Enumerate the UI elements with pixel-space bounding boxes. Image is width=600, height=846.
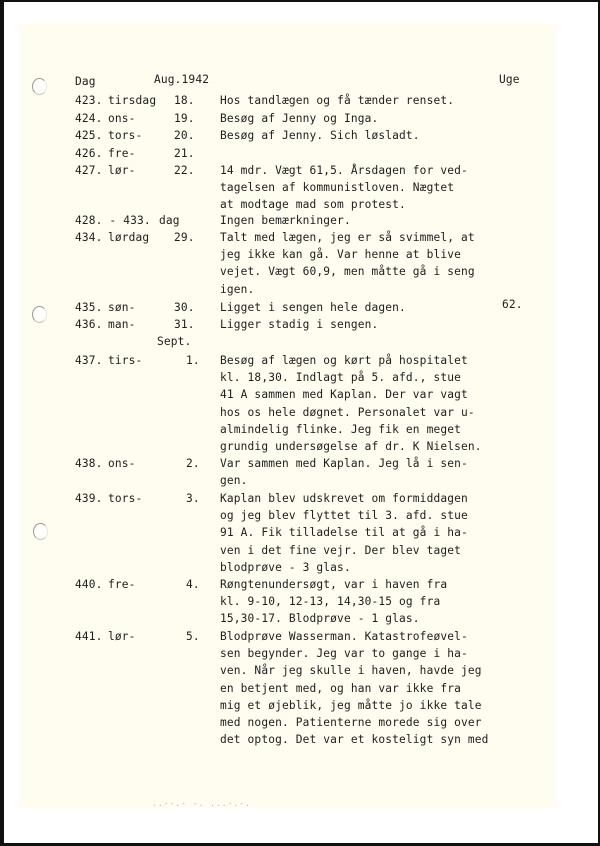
entry-text-line: 41 A sammen med Kaplan. Der var vagt bbox=[220, 389, 468, 400]
entry-text-line: jeg ikke kan gå. Var henne at blive bbox=[220, 249, 461, 260]
entry-text-line: Besøg af lægen og kørt på hospitalet bbox=[220, 355, 468, 366]
entry-text-line: mig et øjeblik, jeg måtte jo ikke tale bbox=[220, 700, 482, 711]
entry-text-line: med nogen. Patienterne morede sig over bbox=[220, 717, 482, 728]
entry-text-line: Besøg af Jenny. Sich løsladt. bbox=[220, 130, 420, 141]
header-week-label: Uge bbox=[499, 74, 520, 85]
entry-weekday: fre- bbox=[108, 148, 136, 159]
entry-text-line: det optog. Det var et kosteligt syn med bbox=[220, 734, 489, 745]
entry-text-line: 14 mdr. Vægt 61,5. Årsdagen for ved- bbox=[220, 165, 468, 176]
entry-date: 19. bbox=[174, 113, 195, 124]
entry-date: 21. bbox=[174, 148, 195, 159]
entry-day-number: 441. bbox=[75, 631, 103, 642]
entry-text-line: sen begynder. Jeg var to gange i ha- bbox=[220, 648, 468, 659]
header-day-label: Dag bbox=[75, 76, 96, 87]
entry-text-line: Ligger stadig i sengen. bbox=[220, 319, 378, 330]
entry-weekday: fre- bbox=[108, 579, 136, 590]
entry-day-number: 425. bbox=[75, 130, 103, 141]
entry-day-number: 423. bbox=[75, 95, 103, 106]
entry-text-line: kl. 18,30. Indlagt på 5. afd., stue bbox=[220, 372, 461, 383]
entry-day-number: 426. bbox=[75, 148, 103, 159]
entry-weekday: tors- bbox=[108, 130, 142, 141]
entry-weekday: ons- bbox=[108, 113, 136, 124]
entry-date: 3. bbox=[186, 493, 200, 504]
entry-day-number: 434. bbox=[75, 232, 103, 243]
entry-date: 5. bbox=[186, 631, 200, 642]
entry-text-line: 91 A. Fik tilladelse til at gå i ha- bbox=[220, 527, 468, 538]
entry-text-line: grundig undersøgelse af dr. K Nielsen. bbox=[220, 441, 482, 452]
entry-date: 20. bbox=[174, 130, 195, 141]
footer-smudge: ..--.- -. ...-.-. bbox=[152, 800, 251, 808]
entry-date: 22. bbox=[174, 165, 195, 176]
entry-weekday: dag bbox=[159, 215, 180, 226]
entry-day-number: 439. bbox=[75, 493, 103, 504]
entry-day-number: 437. bbox=[75, 355, 103, 366]
entry-text-line: en betjent med, og han var ikke fra bbox=[220, 683, 461, 694]
entry-day-number: 438. bbox=[75, 458, 103, 469]
entry-day-number: 436. bbox=[75, 319, 103, 330]
entry-text-line: Ligget i sengen hele dagen. bbox=[220, 302, 406, 313]
entry-text-line: gen. bbox=[220, 475, 248, 486]
entry-day-number: 424. bbox=[75, 113, 103, 124]
entry-text-line: Røngtenundersøgt, var i haven fra bbox=[220, 579, 447, 590]
entry-weekday: lør- bbox=[108, 631, 136, 642]
entry-weekday: lørdag bbox=[108, 232, 149, 243]
entry-text-line: Blodprøve Wasserman. Katastrofeøvel- bbox=[220, 631, 468, 642]
punch-hole-icon bbox=[32, 78, 47, 95]
entry-date: 1. bbox=[186, 355, 200, 366]
entry-text-line: at modtage mad som protest. bbox=[220, 199, 406, 210]
entry-text-line: igen. bbox=[220, 284, 254, 295]
entry-date: 29. bbox=[174, 232, 195, 243]
entry-day-number: 440. bbox=[75, 579, 103, 590]
entry-text-line: Ingen bemærkninger. bbox=[220, 215, 351, 226]
entry-text-line: Talt med lægen, jeg er så svimmel, at bbox=[220, 232, 475, 243]
entry-date: 31. bbox=[174, 319, 195, 330]
entry-weekday: lør- bbox=[108, 165, 136, 176]
entry-text-line: Var sammen med Kaplan. Jeg lå i sen- bbox=[220, 458, 468, 469]
entry-text-line: blodprøve - 3 glas. bbox=[220, 562, 351, 573]
entry-day-number: 427. bbox=[75, 165, 103, 176]
entry-weekday: tors- bbox=[108, 493, 142, 504]
entry-text-line: hos os hele døgnet. Personalet var u- bbox=[220, 407, 475, 418]
entry-text-line: tagelsen af kommunistloven. Nægtet bbox=[220, 182, 454, 193]
entry-text-line: ven. Når jeg skulle i haven, havde jeg bbox=[220, 665, 482, 676]
entry-text-line: almindelig flinke. Jeg fik en meget bbox=[220, 424, 461, 435]
entry-weekday: tirsdag bbox=[108, 95, 156, 106]
entry-text-line: Besøg af Jenny og Inga. bbox=[220, 113, 378, 124]
entry-weekday: man- bbox=[108, 319, 136, 330]
entry-text-line: Hos tandlægen og få tænder renset. bbox=[220, 95, 454, 106]
entry-text-line: og jeg blev flyttet til 3. afd. stue bbox=[220, 510, 468, 521]
entry-day-number: 435. bbox=[75, 302, 103, 313]
week-number: 62. bbox=[502, 299, 523, 310]
entry-date: 2. bbox=[186, 458, 200, 469]
punch-hole-icon bbox=[32, 306, 47, 323]
entry-date: 30. bbox=[174, 302, 195, 313]
entry-date: 18. bbox=[174, 95, 195, 106]
entry-text-line: 15,30-17. Blodprøve - 1 glas. bbox=[220, 613, 420, 624]
entry-text-line: kl. 9-10, 12-13, 14,30-15 og fra bbox=[220, 596, 440, 607]
entry-weekday: ons- bbox=[108, 458, 136, 469]
entry-day-number: 428. - 433. bbox=[75, 215, 151, 226]
entry-text-line: ven i det fine vejr. Der blev taget bbox=[220, 545, 461, 556]
header-month-label: Aug.1942 bbox=[154, 74, 209, 85]
entry-text-line: Kaplan blev udskrevet om formiddagen bbox=[220, 493, 468, 504]
entry-weekday: søn- bbox=[108, 302, 136, 313]
entry-text-line: vejet. Vægt 60,9, men måtte gå i seng bbox=[220, 266, 475, 277]
entry-date: 4. bbox=[186, 579, 200, 590]
entry-weekday: tirs- bbox=[108, 355, 142, 366]
punch-hole-icon bbox=[33, 523, 48, 540]
entry-date: Sept. bbox=[157, 336, 191, 347]
